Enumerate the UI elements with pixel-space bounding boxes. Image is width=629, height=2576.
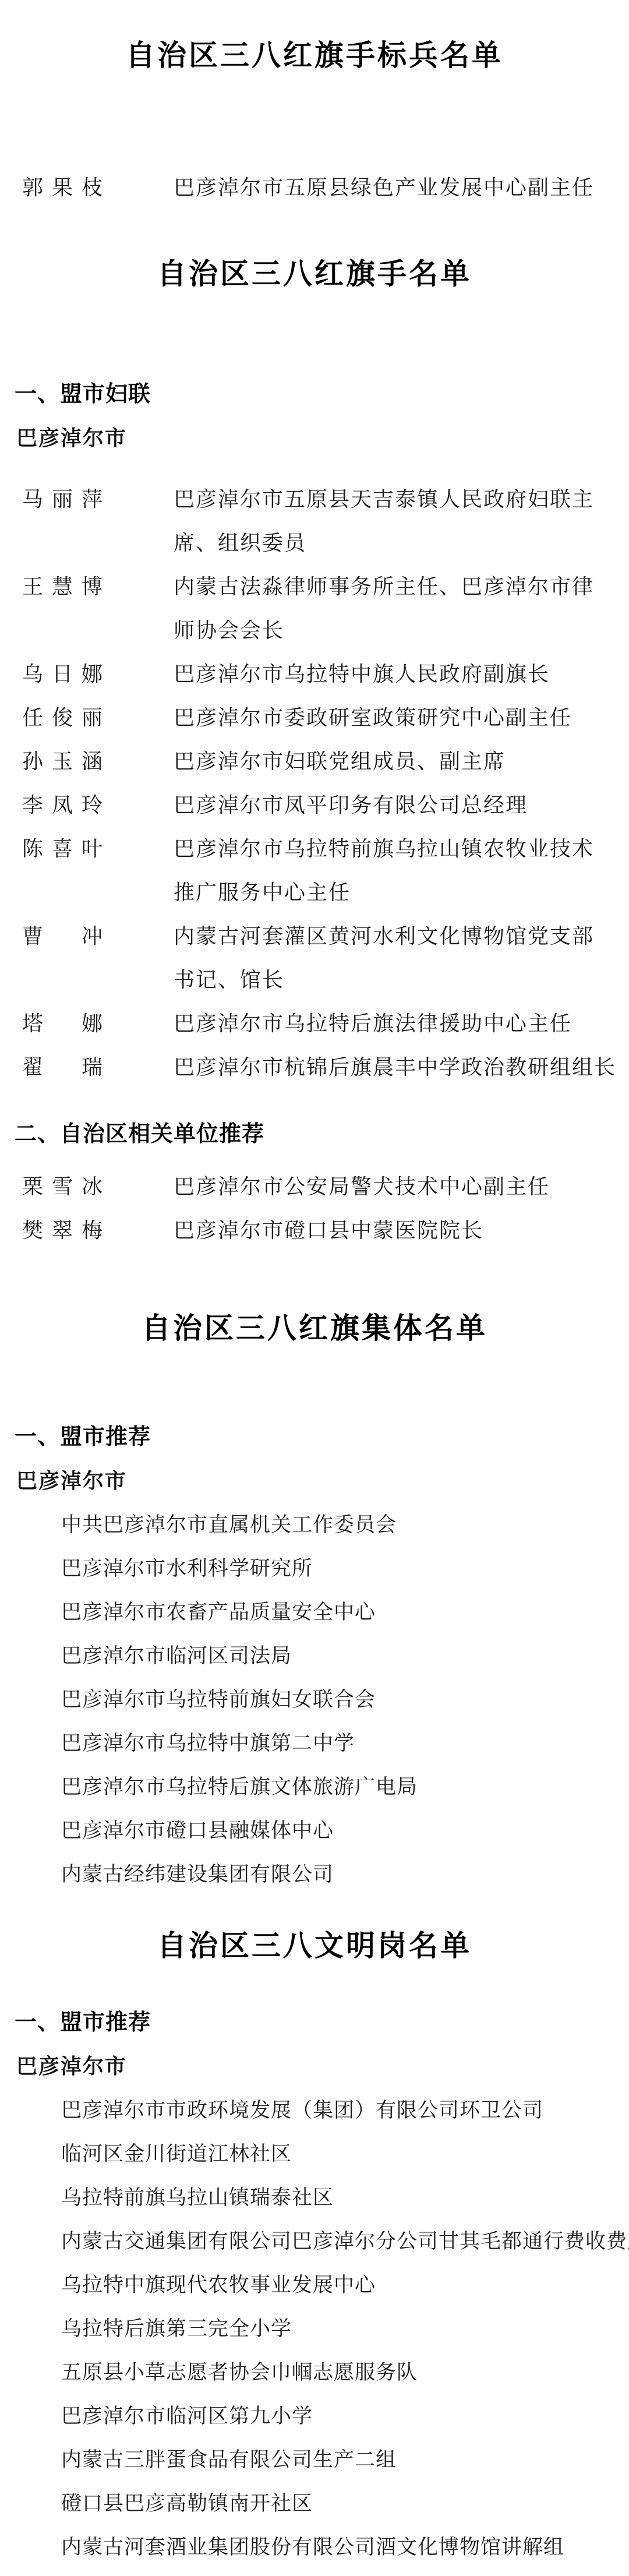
honoree-title-line: 巴彦淖尔市五原县绿色产业发展中心副主任 — [174, 166, 629, 210]
honoree-row: 任俊丽 巴彦淖尔市委政研室政策研究中心副主任 — [0, 696, 629, 740]
honoree-title-line: 巴彦淖尔市凤平印务有限公司总经理 — [174, 784, 629, 827]
honoree-row: 曹冲 内蒙古河套灌区黄河水利文化博物馆党支部 书记、馆长 — [0, 915, 629, 1002]
honoree-name: 孙玉涵 — [22, 740, 103, 784]
honoree-name: 曹冲 — [22, 915, 103, 958]
honoree-title-line: 巴彦淖尔市乌拉特中旗人民政府副旗长 — [174, 652, 629, 696]
honoree-title-line: 推广服务中心主任 — [174, 871, 629, 915]
honoree-name: 陈喜叶 — [22, 827, 103, 871]
honoree-title-line: 巴彦淖尔市杭锦后旗晨丰中学政治教研组组长 — [174, 1046, 629, 1089]
honoree-title-line: 巴彦淖尔市乌拉特前旗乌拉山镇农牧业技术 — [174, 827, 629, 871]
honoree-row: 郭果枝 巴彦淖尔市五原县绿色产业发展中心副主任 — [0, 166, 629, 210]
civilized-post-item: 巴彦淖尔市临河区第九小学 — [61, 2394, 629, 2438]
collective-item: 巴彦淖尔市乌拉特前旗妇女联合会 — [61, 1678, 629, 1721]
honoree-name: 王慧博 — [22, 565, 103, 609]
civilized-post-item: 巴彦淖尔市市政环境发展（集团）有限公司环卫公司 — [61, 2088, 629, 2132]
honoree-title-line: 书记、馆长 — [174, 958, 629, 1002]
section-header-league-city-recommend-collective: 一、盟市推荐 — [15, 1416, 629, 1459]
civilized-post-item: 乌拉特前旗乌拉山镇瑞泰社区 — [61, 2176, 629, 2219]
honoree-row: 翟瑞 巴彦淖尔市杭锦后旗晨丰中学政治教研组组长 — [0, 1046, 629, 1089]
honoree-name: 翟瑞 — [22, 1046, 103, 1089]
honoree-name: 塔娜 — [22, 1002, 103, 1046]
collective-item: 巴彦淖尔市乌拉特后旗文体旅游广电局 — [61, 1765, 629, 1809]
honoree-row: 樊翠梅 巴彦淖尔市磴口县中蒙医院院长 — [0, 1209, 629, 1252]
collective-item: 巴彦淖尔市临河区司法局 — [61, 1634, 629, 1678]
honoree-name: 马丽萍 — [22, 478, 103, 521]
city-subheader: 巴彦淖尔市 — [16, 2045, 629, 2088]
honoree-row: 李凤玲 巴彦淖尔市凤平印务有限公司总经理 — [0, 784, 629, 827]
honoree-title-line: 巴彦淖尔市公安局警犬技术中心副主任 — [174, 1165, 629, 1209]
city-subheader: 巴彦淖尔市 — [16, 417, 629, 460]
honoree-title-line: 席、组织委员 — [174, 521, 629, 565]
civilized-post-item: 临河区金川街道江林社区 — [61, 2132, 629, 2176]
civilized-post-item: 磴口县巴彦高勒镇南开社区 — [61, 2482, 629, 2525]
honoree-title-line: 巴彦淖尔市五原县天吉泰镇人民政府妇联主 — [174, 478, 629, 521]
honoree-row: 王慧博 内蒙古法淼律师事务所主任、巴彦淖尔市律 师协会会长 — [0, 565, 629, 652]
civilized-post-list: 巴彦淖尔市市政环境发展（集团）有限公司环卫公司 临河区金川街道江林社区 乌拉特前… — [0, 2088, 629, 2569]
honoree-row: 陈喜叶 巴彦淖尔市乌拉特前旗乌拉山镇农牧业技术 推广服务中心主任 — [0, 827, 629, 915]
honoree-title-line: 巴彦淖尔市委政研室政策研究中心副主任 — [174, 696, 629, 740]
honoree-name: 乌日娜 — [22, 652, 103, 696]
honoree-name: 樊翠梅 — [22, 1209, 103, 1252]
collective-item: 内蒙古经纬建设集团有限公司 — [61, 1852, 629, 1896]
doc-title-collective-list: 自治区三八红旗集体名单 — [0, 1305, 629, 1351]
collective-item: 巴彦淖尔市水利科学研究所 — [61, 1547, 629, 1590]
honoree-name: 李凤玲 — [22, 784, 103, 827]
honoree-title-line: 师协会会长 — [174, 609, 629, 652]
city-subheader: 巴彦淖尔市 — [16, 1459, 629, 1503]
honoree-title-line: 巴彦淖尔市磴口县中蒙医院院长 — [174, 1209, 629, 1252]
section-header-league-city-recommend-civilized: 一、盟市推荐 — [15, 2001, 629, 2045]
section-header-league-city-federation: 一、盟市妇联 — [15, 373, 629, 417]
collective-list: 中共巴彦淖尔市直属机关工作委员会 巴彦淖尔市水利科学研究所 巴彦淖尔市农畜产品质… — [0, 1503, 629, 1896]
civilized-post-item: 五原县小草志愿者协会巾帼志愿服务队 — [61, 2351, 629, 2394]
honoree-title-line: 内蒙古河套灌区黄河水利文化博物馆党支部 — [174, 915, 629, 958]
honoree-row: 马丽萍 巴彦淖尔市五原县天吉泰镇人民政府妇联主 席、组织委员 — [0, 478, 629, 565]
honoree-row: 乌日娜 巴彦淖尔市乌拉特中旗人民政府副旗长 — [0, 652, 629, 696]
civilized-post-item: 内蒙古交通集团有限公司巴彦淖尔分公司甘其毛都通行费收费所 — [61, 2219, 629, 2263]
doc-title-civilized-post-list: 自治区三八文明岗名单 — [0, 1922, 629, 1969]
honoree-name: 任俊丽 — [22, 696, 103, 740]
doc-title-red-banner-list: 自治区三八红旗手名单 — [0, 250, 629, 297]
collective-item: 巴彦淖尔市乌拉特中旗第二中学 — [61, 1721, 629, 1765]
doc-title-pacesetter-list: 自治区三八红旗手标兵名单 — [0, 32, 629, 79]
collective-item: 巴彦淖尔市农畜产品质量安全中心 — [61, 1590, 629, 1634]
civilized-post-item: 乌拉特后旗第三完全小学 — [61, 2307, 629, 2351]
honoree-name: 郭果枝 — [22, 166, 103, 210]
civilized-post-item: 乌拉特中旗现代农牧事业发展中心 — [61, 2263, 629, 2307]
collective-item: 巴彦淖尔市磴口县融媒体中心 — [61, 1809, 629, 1852]
honoree-list: 马丽萍 巴彦淖尔市五原县天吉泰镇人民政府妇联主 席、组织委员 王慧博 内蒙古法淼… — [0, 478, 629, 1089]
honoree-row: 孙玉涵 巴彦淖尔市妇联党组成员、副主席 — [0, 740, 629, 784]
section-header-region-units: 二、自治区相关单位推荐 — [15, 1113, 629, 1156]
honoree-title-line: 内蒙古法淼律师事务所主任、巴彦淖尔市律 — [174, 565, 629, 609]
honoree-list: 栗雪冰 巴彦淖尔市公安局警犬技术中心副主任 樊翠梅 巴彦淖尔市磴口县中蒙医院院长 — [0, 1165, 629, 1252]
collective-item: 中共巴彦淖尔市直属机关工作委员会 — [61, 1503, 629, 1547]
honoree-row: 塔娜 巴彦淖尔市乌拉特后旗法律援助中心主任 — [0, 1002, 629, 1046]
honoree-title-line: 巴彦淖尔市乌拉特后旗法律援助中心主任 — [174, 1002, 629, 1046]
civilized-post-item: 内蒙古三胖蛋食品有限公司生产二组 — [61, 2438, 629, 2482]
document-page: 自治区三八红旗手标兵名单 郭果枝 巴彦淖尔市五原县绿色产业发展中心副主任 自治区… — [0, 32, 629, 2569]
honoree-row: 栗雪冰 巴彦淖尔市公安局警犬技术中心副主任 — [0, 1165, 629, 1209]
honoree-name: 栗雪冰 — [22, 1165, 103, 1209]
civilized-post-item: 内蒙古河套酒业集团股份有限公司酒文化博物馆讲解组 — [61, 2525, 629, 2569]
honoree-title-line: 巴彦淖尔市妇联党组成员、副主席 — [174, 740, 629, 784]
